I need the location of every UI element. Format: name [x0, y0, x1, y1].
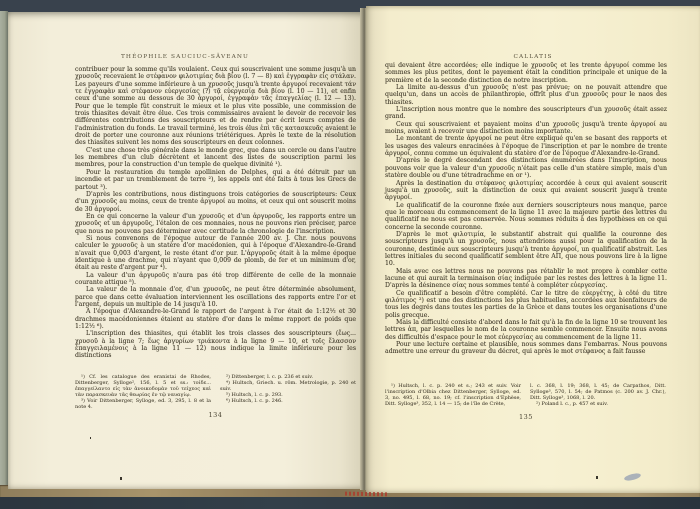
paragraph: contribuer pour la somme qu'ils voulaien… — [75, 66, 356, 147]
paragraph: Le qualificatif de la couronne fixée aux… — [385, 202, 667, 231]
footnote: ⁶) Hultsch, l. c. p. 246. — [220, 398, 356, 404]
paragraph: Pour la restauration du temple apollinie… — [75, 169, 356, 191]
paragraph: Ce qualificatif a besoin d'être complété… — [385, 290, 667, 319]
paragraph: D'après le degré descendant des distinct… — [385, 157, 667, 179]
paragraph: D'après les contributions, nous distingu… — [75, 191, 356, 213]
left-page-footnotes: ¹) Cf. les catalogue des eranistai de Rh… — [75, 374, 356, 411]
paragraph: Après la destination du στέφανος φιλοτιμ… — [385, 180, 667, 202]
page-number-right: 135 — [385, 413, 667, 421]
footnote-column: ¹) Cf. les catalogue des eranistai de Rh… — [75, 374, 211, 411]
ink-speck — [596, 476, 598, 479]
right-page-footnotes: ¹) Hultsch, l. c. p. 240 et s.; 243 et s… — [385, 383, 667, 407]
footnote-column: ¹) Hultsch, l. c. p. 240 et s.; 243 et s… — [385, 383, 521, 407]
paragraph: Pour une lecture certaine et plausible, … — [385, 341, 667, 356]
paragraph: Mais la difficulté consiste d'abord dans… — [385, 319, 667, 341]
right-page: CALLATIS qui devaient être accordées; el… — [366, 6, 700, 493]
running-head-title: CALLATIS — [366, 54, 700, 60]
paragraph: Ceux qui souscrivaient et payaient moins… — [385, 121, 667, 136]
ink-speck — [90, 437, 91, 439]
paragraph: L'inscription nous montre que le nombre … — [385, 106, 667, 121]
paragraph: En ce qui concerne la valeur d'un χρυσοῦ… — [75, 213, 356, 235]
book-cover-edge — [0, 11, 8, 489]
running-head-author: THÉOPHILE SAUCIUC-SĂVEANU — [8, 54, 362, 60]
paragraph: L'inscription des thiasites, qui établit… — [75, 330, 356, 359]
paragraph: C'est une chose très générale dans le mo… — [75, 147, 356, 169]
paragraph: Le montant de trente ἀργυροί ne peut êtr… — [385, 135, 667, 157]
page-number-left: 134 — [75, 411, 356, 419]
paragraph: D'après le mot φιλοτιμία, le substantif … — [385, 231, 667, 268]
paragraph: La valeur d'un ἀργυροῦς n'aura pas été t… — [75, 272, 356, 287]
footnote: l. c. 368, l. 19; 368, l. 45; de Carpath… — [530, 383, 666, 401]
right-page-body: qui devaient être accordées; elle indiqu… — [385, 62, 667, 356]
binding-stitch — [345, 492, 387, 497]
footnote-column: l. c. 368, l. 19; 368, l. 45; de Carpath… — [530, 383, 666, 407]
book-scan: THÉOPHILE SAUCIUC-SĂVEANU contribuer pou… — [0, 0, 700, 509]
footnote-column: ²) Dittenberger, l. c. p. 236 et suiv. ⁴… — [220, 374, 356, 411]
footnote: ⁴) Hultsch, Griech. u. röm. Metrologie, … — [220, 380, 356, 392]
paragraph: La limite au-dessus d'un χρυσοῦς n'est p… — [385, 84, 667, 106]
footnote: ²) Poland l. c., p. 457 et suiv. — [530, 401, 666, 407]
left-page: THÉOPHILE SAUCIUC-SĂVEANU contribuer pou… — [8, 12, 362, 489]
paragraph: Si nous convenons de l'époque autour de … — [75, 235, 356, 272]
scanner-background-bottom — [0, 497, 700, 509]
footnote: ¹) Cf. les catalogue des eranistai de Rh… — [75, 374, 211, 398]
paragraph: qui devaient être accordées; elle indiqu… — [385, 62, 667, 84]
paragraph: Mais avec ces lettres nous ne pouvons pa… — [385, 268, 667, 290]
paragraph: La valeur de la monnaie d'or, d'un χρυσο… — [75, 286, 356, 308]
left-page-body: contribuer pour la somme qu'ils voulaien… — [75, 66, 356, 360]
paragraph: A l'époque d'Alexandre-le-Grand le rappo… — [75, 308, 356, 330]
footnote: ³) Voir Dittenberger, Sylloge, ed. 3, 29… — [75, 398, 211, 410]
footnote: ¹) Hultsch, l. c. p. 240 et s.; 243 et s… — [385, 383, 521, 407]
ink-speck — [120, 477, 122, 480]
